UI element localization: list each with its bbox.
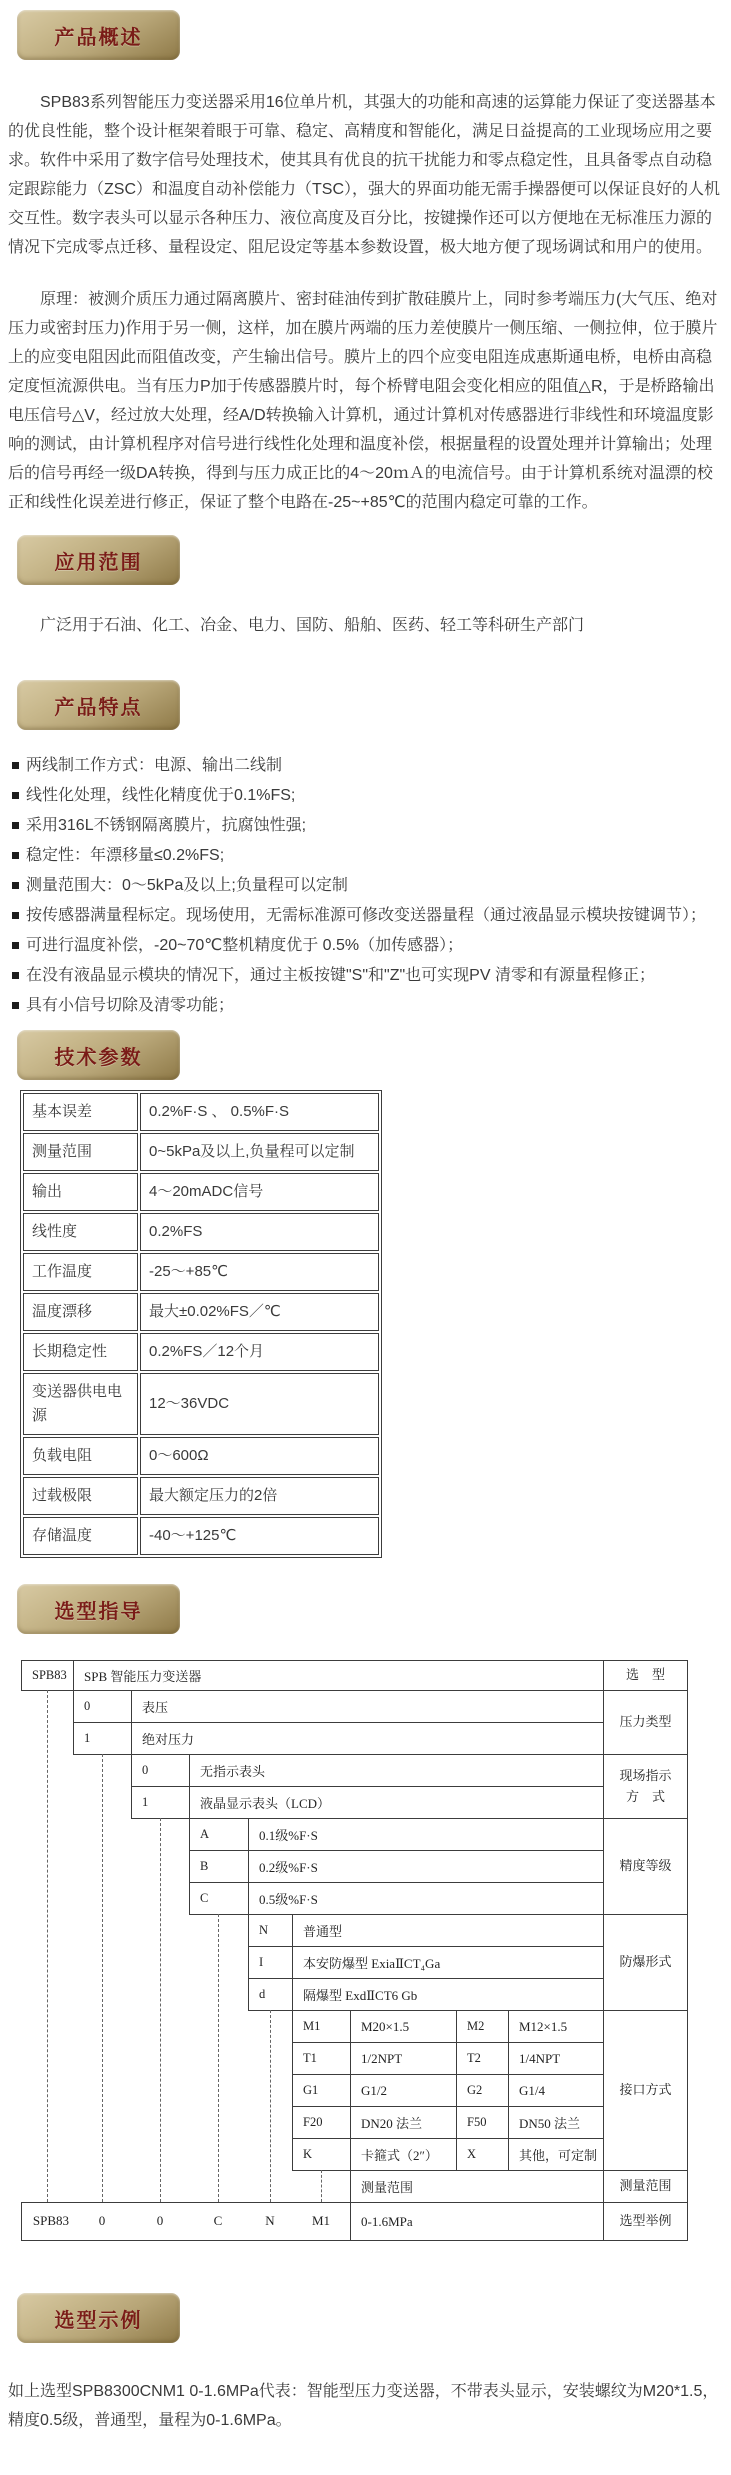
feature-text: 测量范围大：0～5kPa及以上;负量程可以定制 (26, 871, 348, 900)
option-code-cell: 0 (131, 1754, 190, 1787)
option-desc-cell: DN20 法兰 (350, 2106, 457, 2139)
spec-value: 最大±0.02%FS／℃ (140, 1293, 379, 1331)
feature-text: 两线制工作方式：电源、输出二线制 (26, 751, 282, 780)
category-cell: 现场指示 方 式 (603, 1754, 688, 1819)
section-heading-label: 产品特点 (55, 691, 143, 720)
feature-text: 可进行温度补偿，-20~70℃整机精度优于 0.5%（加传感器）； (26, 931, 463, 960)
section-heading-label: 技术参数 (55, 1041, 143, 1070)
option-desc-cell: 其他，可定制 (508, 2138, 604, 2171)
features-list: 两线制工作方式：电源、输出二线制线性化处理，线性化精度优于0.1%FS;采用31… (8, 751, 723, 1020)
option-desc-cell: M20×1.5 (350, 2010, 457, 2043)
example-range-cell: 0-1.6MPa (350, 2202, 604, 2241)
bullet-square-icon (12, 942, 19, 949)
spec-row: 负载电阻0～600Ω (23, 1437, 379, 1475)
option-code-cell: G2 (456, 2074, 509, 2107)
option-desc-cell: 隔爆型 ExdⅡCT6 Gb (292, 1978, 604, 2011)
option-code-cell: M1 (292, 2010, 351, 2043)
category-cell: 接口方式 (603, 2010, 688, 2171)
spec-row: 基本误差0.2%F·S 、 0.5%F·S (23, 1093, 379, 1131)
category-cell: 精度等级 (603, 1818, 688, 1915)
option-desc-cell: 表压 (131, 1690, 604, 1723)
section-heading-selection-guide: 选型指导 (17, 1584, 180, 1634)
spec-label: 基本误差 (23, 1093, 138, 1131)
option-code-cell: F50 (456, 2106, 509, 2139)
option-code-cell: M2 (456, 2010, 509, 2043)
feature-text: 采用316L不锈钢隔离膜片，抗腐蚀性强; (26, 811, 306, 840)
ladder-dashed-line (102, 1754, 103, 2202)
bullet-square-icon (12, 852, 19, 859)
option-code-cell: X (456, 2138, 509, 2171)
spec-label: 长期稳定性 (23, 1333, 138, 1371)
category-cell: 压力类型 (603, 1690, 688, 1755)
bullet-square-icon (12, 1002, 19, 1009)
spec-value: 0~5kPa及以上,负量程可以定制 (140, 1133, 379, 1171)
section-heading-label: 选型示例 (55, 2304, 143, 2333)
option-desc-cell: G1/4 (508, 2074, 604, 2107)
spec-row: 工作温度-25～+85℃ (23, 1253, 379, 1291)
spec-label: 测量范围 (23, 1133, 138, 1171)
option-desc-cell: DN50 法兰 (508, 2106, 604, 2139)
option-code-cell: d (248, 1978, 293, 2011)
option-code-cell: K (292, 2138, 351, 2171)
spec-value: -40～+125℃ (140, 1517, 379, 1555)
ladder-dashed-line (270, 2010, 271, 2202)
model-desc-cell: SPB 智能压力变送器 (73, 1660, 604, 1691)
option-desc-cell: 0.1级%F·S (248, 1818, 604, 1851)
feature-item: 可进行温度补偿，-20~70℃整机精度优于 0.5%（加传感器）； (8, 931, 723, 960)
option-code-cell: A (189, 1818, 249, 1851)
bullet-square-icon (12, 822, 19, 829)
option-desc-cell: 1/2NPT (350, 2042, 457, 2075)
feature-item: 具有小信号切除及清零功能； (8, 991, 723, 1020)
application-text: 广泛用于石油、化工、冶金、电力、国防、船舶、医药、轻工等科研生产部门 (8, 611, 723, 640)
example-code: 0 (99, 2202, 106, 2240)
option-code-cell: N (248, 1914, 293, 1947)
option-desc-cell: G1/2 (350, 2074, 457, 2107)
spec-label: 变送器供电电源 (23, 1373, 138, 1435)
spec-value: 0.2%F·S 、 0.5%F·S (140, 1093, 379, 1131)
spec-label: 输出 (23, 1173, 138, 1211)
section-heading-specs: 技术参数 (17, 1030, 180, 1080)
feature-item: 在没有液晶显示模块的情况下，通过主板按键"S"和"Z"也可实现PV 清零和有源量… (8, 961, 723, 990)
option-code-cell: I (248, 1946, 293, 1979)
feature-item: 两线制工作方式：电源、输出二线制 (8, 751, 723, 780)
option-desc-cell: 0.5级%F·S (248, 1882, 604, 1915)
feature-item: 采用316L不锈钢隔离膜片，抗腐蚀性强; (8, 811, 723, 840)
spec-label: 负载电阻 (23, 1437, 138, 1475)
spec-row: 温度漂移最大±0.02%FS／℃ (23, 1293, 379, 1331)
spec-row: 线性度0.2%FS (23, 1213, 379, 1251)
option-code-cell: T2 (456, 2042, 509, 2075)
range-label-cell: 测量范围 (350, 2170, 604, 2203)
feature-item: 按传感器满量程标定。现场使用，无需标准源可修改变送器量程（通过液晶显示模块按键调… (8, 901, 723, 930)
example-codes-cell (21, 2202, 351, 2241)
feature-item: 稳定性：年漂移量≤0.2%FS; (8, 841, 723, 870)
selection-example-text: 如上选型SPB8300CNM1 0-1.6MPa代表：智能型压力变送器，不带表头… (8, 2377, 723, 2435)
example-code: C (214, 2202, 223, 2240)
example-code: 0 (157, 2202, 164, 2240)
spec-value: 0.2%FS (140, 1213, 379, 1251)
spec-label: 工作温度 (23, 1253, 138, 1291)
option-desc-cell: 1/4NPT (508, 2042, 604, 2075)
bullet-square-icon (12, 792, 19, 799)
option-code-cell: C (189, 1882, 249, 1915)
example-code: M1 (312, 2202, 330, 2240)
feature-text: 线性化处理，线性化精度优于0.1%FS; (26, 781, 295, 810)
option-code-cell: B (189, 1850, 249, 1883)
section-heading-application: 应用范围 (17, 535, 180, 585)
ladder-dashed-line (321, 2170, 322, 2202)
feature-text: 按传感器满量程标定。现场使用，无需标准源可修改变送器量程（通过液晶显示模块按键调… (26, 901, 706, 930)
ladder-dashed-line (47, 1690, 48, 2202)
feature-item: 测量范围大：0～5kPa及以上;负量程可以定制 (8, 871, 723, 900)
specs-table-body: 基本误差0.2%F·S 、 0.5%F·S测量范围0~5kPa及以上,负量程可以… (23, 1093, 379, 1555)
option-code-cell: 0 (73, 1690, 132, 1723)
section-heading-overview: 产品概述 (17, 10, 180, 60)
bullet-square-icon (12, 972, 19, 979)
overview-paragraph-1: SPB83系列智能压力变送器采用16位单片机，其强大的功能和高速的运算能力保证了… (8, 88, 723, 262)
selection-ladder-table: SPB83SPB 智能压力变送器选 型0表压1绝对压力压力类型0无指示表头1液晶… (21, 1660, 689, 2241)
option-desc-cell: 普通型 (292, 1914, 604, 1947)
model-code-cell: SPB83 (21, 1660, 74, 1691)
spec-row: 长期稳定性0.2%FS／12个月 (23, 1333, 379, 1371)
spec-value: 0.2%FS／12个月 (140, 1333, 379, 1371)
category-cell: 防爆形式 (603, 1914, 688, 2011)
spec-row: 变送器供电电源12～36VDC (23, 1373, 379, 1435)
spec-value: 最大额定压力的2倍 (140, 1477, 379, 1515)
option-code-cell: 1 (131, 1786, 190, 1819)
selection-header-cell: 选 型 (603, 1660, 688, 1691)
spec-row: 输出4～20mADC信号 (23, 1173, 379, 1211)
section-heading-label: 选型指导 (55, 1595, 143, 1624)
option-code-cell: F20 (292, 2106, 351, 2139)
option-desc-cell: 卡箍式（2″） (350, 2138, 457, 2171)
bullet-square-icon (12, 762, 19, 769)
option-code-cell: G1 (292, 2074, 351, 2107)
option-desc-cell: M12×1.5 (508, 2010, 604, 2043)
spec-row: 测量范围0~5kPa及以上,负量程可以定制 (23, 1133, 379, 1171)
spec-row: 过载极限最大额定压力的2倍 (23, 1477, 379, 1515)
bullet-square-icon (12, 882, 19, 889)
feature-text: 稳定性：年漂移量≤0.2%FS; (26, 841, 224, 870)
option-desc-cell: 液晶显示表头（LCD） (189, 1786, 604, 1819)
option-code-cell: T1 (292, 2042, 351, 2075)
section-heading-label: 产品概述 (55, 21, 143, 50)
ladder-dashed-line (218, 1914, 219, 2202)
feature-item: 线性化处理，线性化精度优于0.1%FS; (8, 781, 723, 810)
section-heading-selection-example: 选型示例 (17, 2293, 180, 2343)
option-desc-cell: 无指示表头 (189, 1754, 604, 1787)
spec-label: 存储温度 (23, 1517, 138, 1555)
overview-paragraph-2: 原理：被测介质压力通过隔离膜片、密封硅油传到扩散硅膜片上，同时参考端压力(大气压… (8, 285, 723, 517)
spec-label: 线性度 (23, 1213, 138, 1251)
option-desc-cell: 绝对压力 (131, 1722, 604, 1755)
option-desc-cell: 本安防爆型 ExiaⅡCT₄Ga (292, 1946, 604, 1979)
spec-label: 过载极限 (23, 1477, 138, 1515)
spec-value: 12～36VDC (140, 1373, 379, 1435)
specs-table: 基本误差0.2%F·S 、 0.5%F·S测量范围0~5kPa及以上,负量程可以… (20, 1090, 382, 1558)
feature-text: 在没有液晶显示模块的情况下，通过主板按键"S"和"Z"也可实现PV 清零和有源量… (26, 961, 655, 990)
bullet-square-icon (12, 912, 19, 919)
ladder-dashed-line (160, 1818, 161, 2202)
category-cell: 测量范围 (603, 2170, 688, 2203)
example-category-cell: 选型举例 (603, 2202, 688, 2241)
spec-value: 4～20mADC信号 (140, 1173, 379, 1211)
example-code: N (265, 2202, 274, 2240)
section-heading-label: 应用范围 (55, 546, 143, 575)
section-heading-features: 产品特点 (17, 680, 180, 730)
spec-label: 温度漂移 (23, 1293, 138, 1331)
spec-value: 0～600Ω (140, 1437, 379, 1475)
option-code-cell: 1 (73, 1722, 132, 1755)
spec-row: 存储温度-40～+125℃ (23, 1517, 379, 1555)
example-code: SPB83 (33, 2202, 69, 2240)
option-desc-cell: 0.2级%F·S (248, 1850, 604, 1883)
page: 产品概述 SPB83系列智能压力变送器采用16位单片机，其强大的功能和高速的运算… (0, 0, 731, 2475)
spec-value: -25～+85℃ (140, 1253, 379, 1291)
feature-text: 具有小信号切除及清零功能； (26, 991, 234, 1020)
